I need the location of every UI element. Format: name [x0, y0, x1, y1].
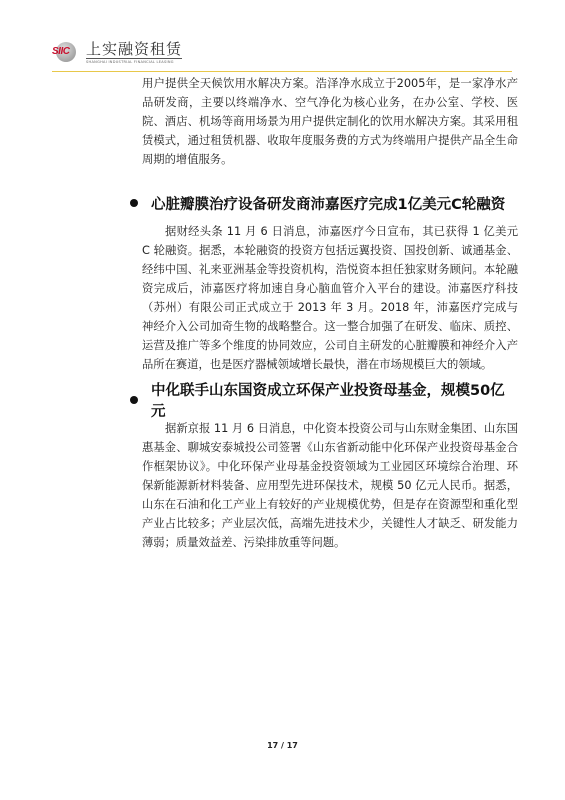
section-title-text: 心脏瓣膜治疗设备研发商沛嘉医疗完成1亿美元C轮融资	[151, 193, 505, 214]
section-title-text: 中化联手山东国资成立环保产业投资母基金，规模50亿元	[151, 379, 518, 421]
brand: 上实融资租赁 SHANGHAI INDUSTRIAL FINANCIAL LEA…	[86, 41, 182, 64]
page-header: SIIC 上实融资租赁 SHANGHAI INDUSTRIAL FINANCIA…	[52, 38, 182, 66]
brand-name-en: SHANGHAI INDUSTRIAL FINANCIAL LEASING	[86, 60, 182, 64]
bullet-icon	[130, 396, 138, 404]
bullet-icon	[130, 199, 138, 207]
section-title-1: 心脏瓣膜治疗设备研发商沛嘉医疗完成1亿美元C轮融资	[130, 191, 518, 215]
header-divider	[52, 71, 512, 72]
brand-name-cn: 上实融资租赁	[86, 41, 182, 59]
section-title-2: 中化联手山东国资成立环保产业投资母基金，规模50亿元	[130, 388, 518, 412]
siic-logo-icon: SIIC	[52, 41, 82, 63]
logo-text: SIIC	[52, 46, 69, 57]
intro-paragraph: 用户提供全天候饮用水解决方案。浩泽净水成立于2005年，是一家净水产品研发商，主…	[142, 74, 518, 169]
section-paragraph-2: 据新京报 11 月 6 日消息，中化资本投资公司与山东财金集团、山东国惠基金、聊…	[142, 419, 518, 552]
document-body: 用户提供全天候饮用水解决方案。浩泽净水成立于2005年，是一家净水产品研发商，主…	[142, 74, 518, 552]
section-paragraph-1: 据财经头条 11 月 6 日消息，沛嘉医疗今日宣布，其已获得 1 亿美元 C 轮…	[142, 222, 518, 374]
page-number: 17 / 17	[0, 741, 565, 750]
